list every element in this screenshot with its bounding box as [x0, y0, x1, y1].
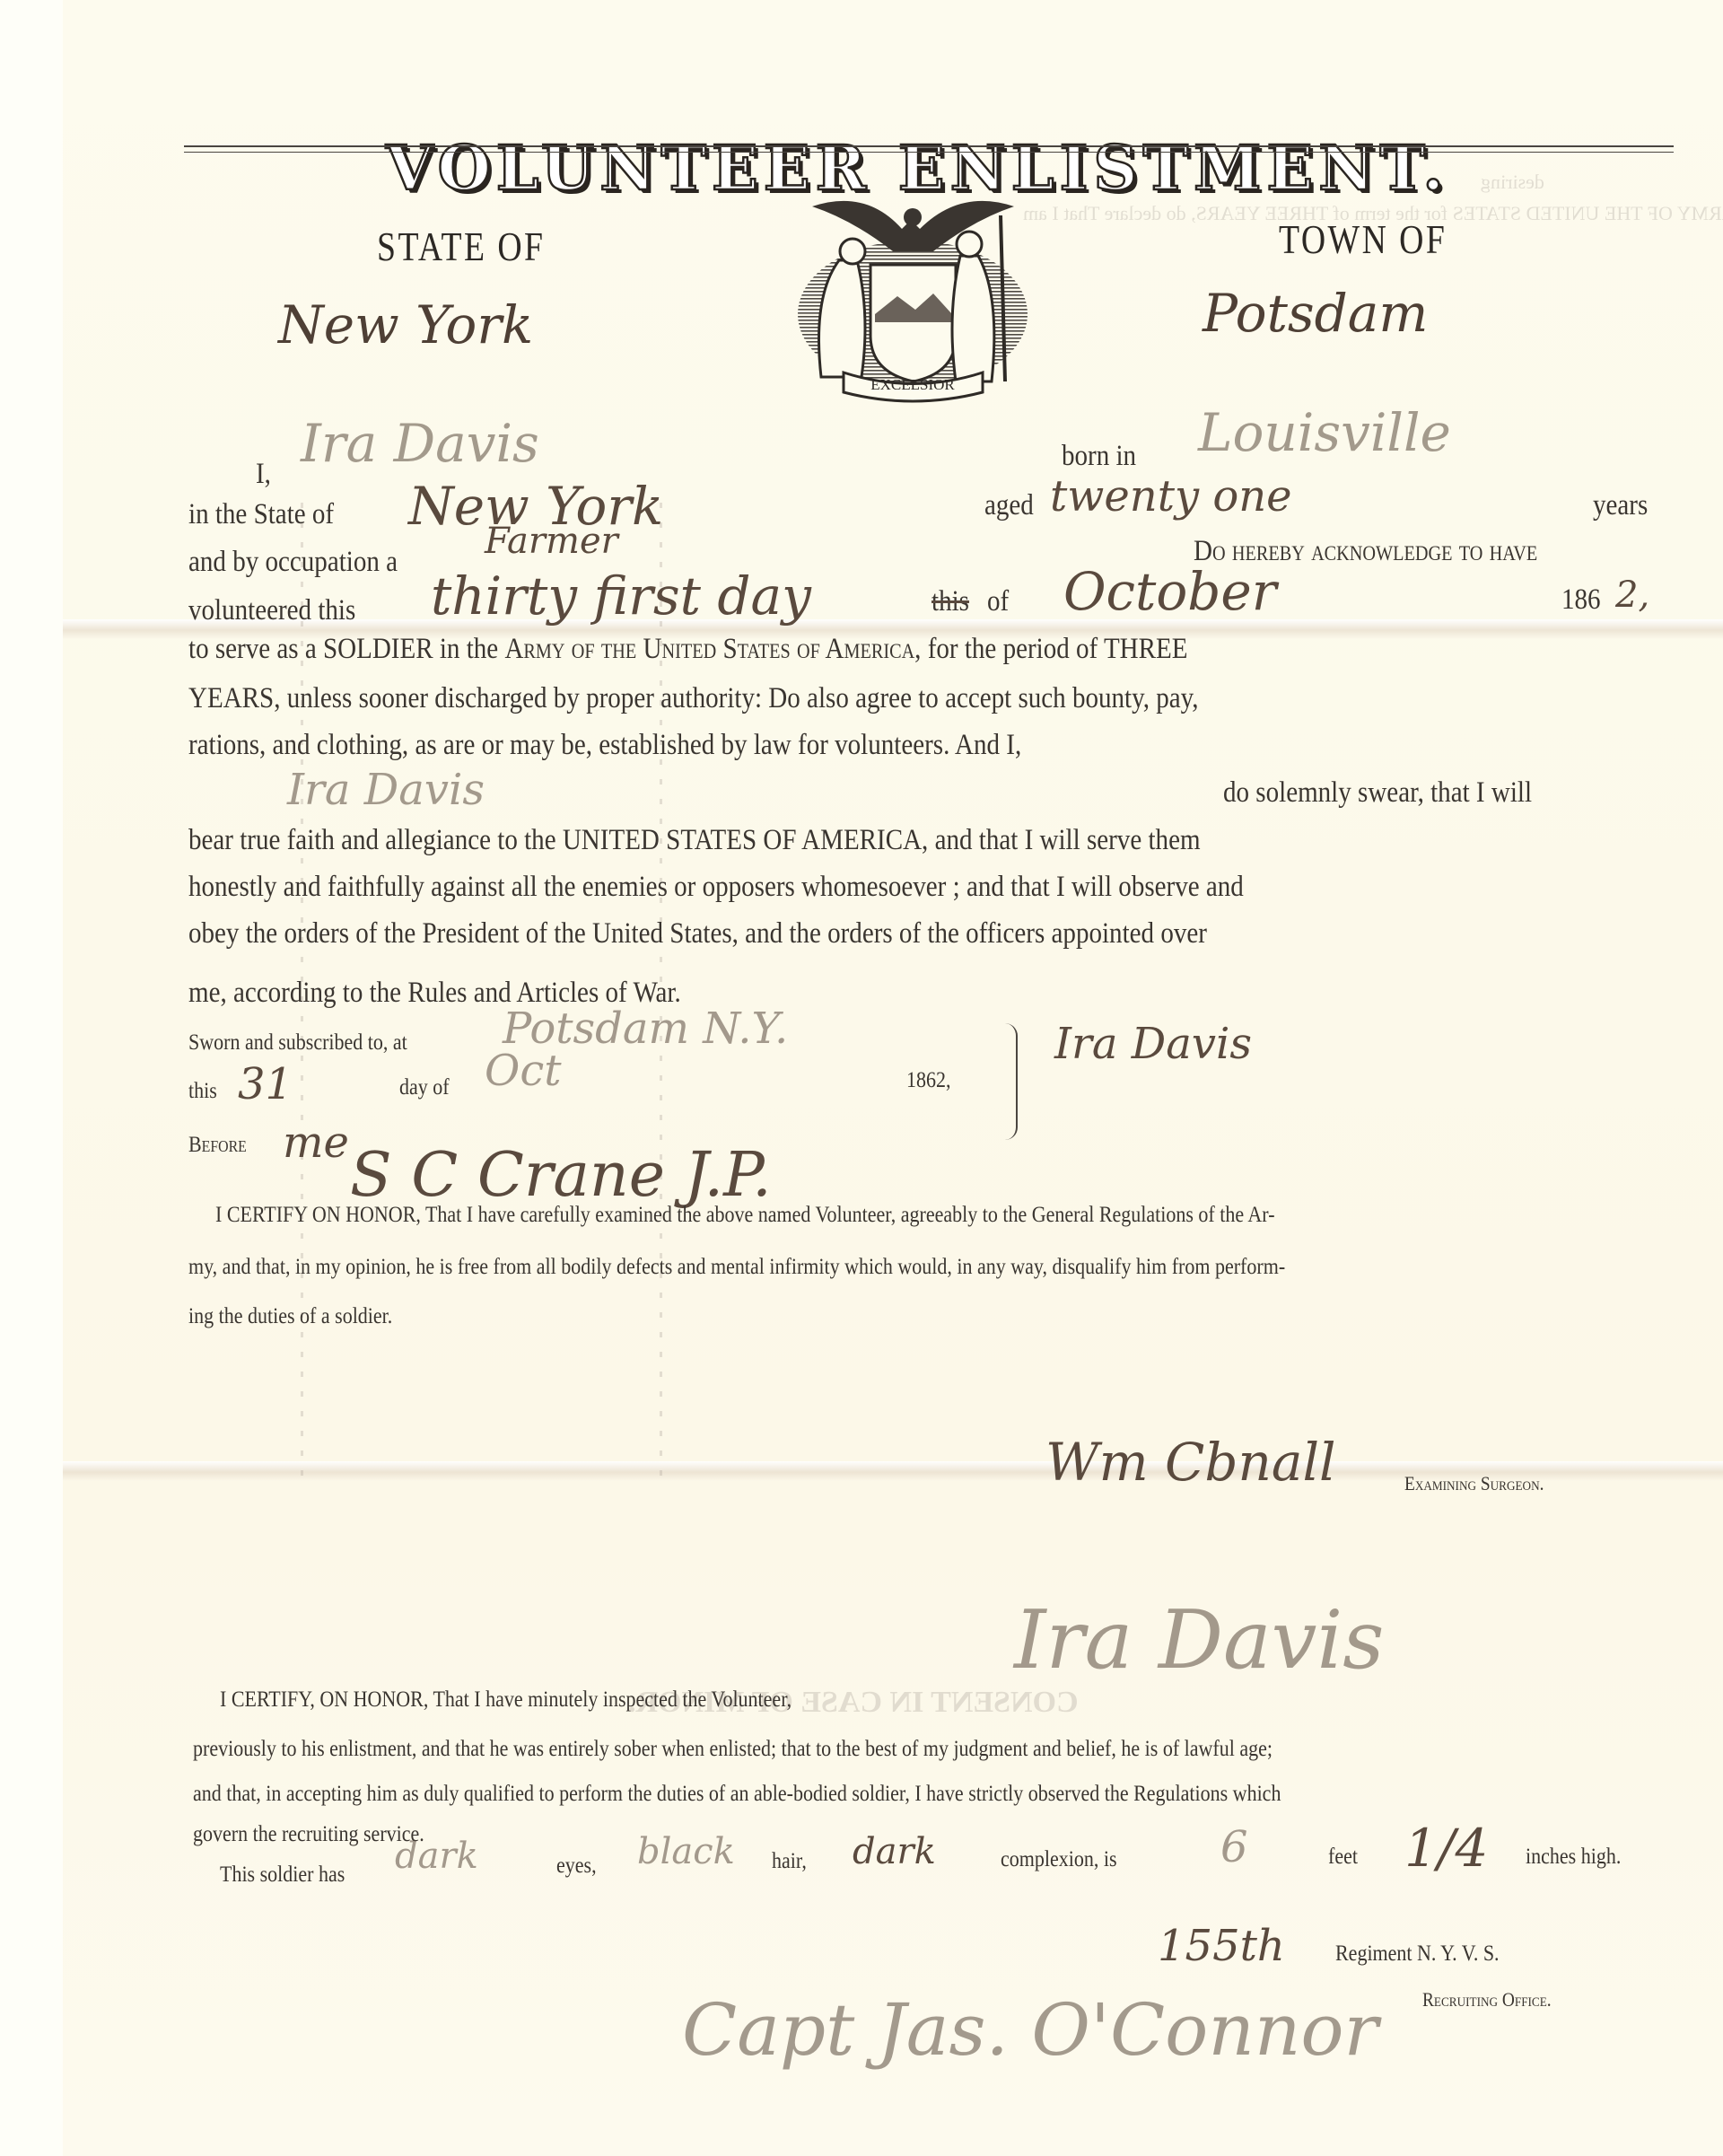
i-label: I,	[256, 458, 271, 491]
year-prefix: 186	[1561, 583, 1601, 617]
born-in-value: Louisville	[1198, 402, 1451, 463]
new-york-state-seal: EXCELSIOR	[776, 180, 1050, 404]
state-value: New York	[278, 294, 533, 355]
swear-line: do solemnly swear, that I will	[1223, 776, 1532, 810]
recruiting-office-label: Recruiting Office.	[1422, 1988, 1552, 2011]
surgeon-cert-line-2: my, and that, in my opinion, he is free …	[188, 1255, 1285, 1280]
recruiting-cert-line-3: and that, in accepting him as duly quali…	[193, 1782, 1281, 1807]
age-value: twenty one	[1050, 471, 1292, 521]
complexion-label: complexion, is	[1001, 1847, 1117, 1872]
regiment-label: Regiment N. Y. V. S.	[1335, 1941, 1500, 1967]
hair-label: hair,	[772, 1849, 807, 1874]
volunteer-name: Ira Davis	[301, 413, 539, 474]
height-inches: 1/4	[1404, 1818, 1488, 1879]
sworn-year: 1862,	[906, 1068, 951, 1093]
eyes-label: eyes,	[556, 1854, 597, 1879]
examining-surgeon-label: Examining Surgeon.	[1404, 1472, 1544, 1495]
regiment-number: 155th	[1158, 1921, 1285, 1971]
title-rule	[184, 145, 1674, 147]
title-rule	[184, 152, 1674, 153]
recruiting-cert-line-1: I CERTIFY, ON HONOR, That I have minutel…	[220, 1687, 792, 1713]
sworn-label: Sworn and subscribed to, at	[188, 1030, 407, 1056]
state-seal-icon: EXCELSIOR	[776, 180, 1050, 404]
town-of-label: TOWN OF	[1279, 215, 1447, 263]
this-label: this	[188, 1079, 217, 1104]
soldier-has-label: This soldier has	[220, 1862, 345, 1888]
struck-this: this	[931, 585, 969, 618]
honestly-line: honestly and faithfully against all the …	[188, 871, 1244, 904]
eye-color: dark	[395, 1836, 478, 1877]
bracket	[998, 1023, 1018, 1140]
allegiance-line: bear true faith and allegiance to the UN…	[188, 824, 1201, 857]
before-label: Before	[188, 1133, 247, 1158]
volunteered-day: thirty first day	[431, 565, 811, 627]
volunteered-label: volunteered this	[188, 594, 355, 627]
bleed-through-word: desiring	[1481, 171, 1544, 194]
height-feet: 6	[1220, 1822, 1248, 1872]
surgeon-cert-line-1: I CERTIFY ON HONOR, That I have carefull…	[215, 1203, 1275, 1228]
day-of-label: day of	[399, 1075, 450, 1100]
years-label: years	[1593, 489, 1648, 522]
recruiting-cert-line-4: govern the recruiting service.	[193, 1822, 424, 1847]
born-in-label: born in	[1062, 440, 1136, 473]
surgeon-signature: Wm Cbnall	[1045, 1432, 1336, 1493]
oath-name: Ira Davis	[287, 765, 485, 815]
sworn-month: Oct	[485, 1046, 562, 1096]
of-label: of	[987, 585, 1009, 618]
inches-label: inches high.	[1526, 1845, 1621, 1870]
state-of-label: STATE OF	[377, 223, 545, 270]
obey-line: obey the orders of the President of the …	[188, 917, 1207, 951]
surgeon-cert-line-3: ing the duties of a soldier.	[188, 1304, 392, 1329]
state-of-birth-label: in the State of	[188, 498, 334, 531]
svg-text:EXCELSIOR: EXCELSIOR	[870, 376, 955, 393]
feet-label: feet	[1328, 1845, 1358, 1870]
justice-signature: S C Crane J.P.	[350, 1140, 772, 1211]
rations-line: rations, and clothing, as are or may be,…	[188, 729, 1021, 762]
hair-color: black	[637, 1831, 735, 1872]
enlistment-month: October	[1063, 561, 1276, 622]
town-value: Potsdam	[1203, 283, 1428, 344]
occupation-label: and by occupation a	[188, 546, 398, 579]
complexion: dark	[853, 1831, 936, 1872]
before-me: me	[283, 1117, 349, 1168]
serve-line: to serve as a SOLDIER in the Army of the…	[188, 633, 1188, 666]
volunteer-signature-large: Ira Davis	[1014, 1593, 1384, 1687]
aged-label: aged	[984, 489, 1034, 522]
occupation-value: Farmer	[485, 521, 618, 562]
volunteer-signature: Ira Davis	[1054, 1019, 1252, 1069]
sworn-day: 31	[238, 1059, 293, 1109]
years-line: YEARS, unless sooner discharged by prope…	[188, 682, 1199, 715]
year-suffix: 2,	[1615, 574, 1649, 616]
recruiting-cert-line-2: previously to his enlistment, and that h…	[193, 1737, 1273, 1762]
officer-signature: Capt Jas. O'Connor	[682, 1988, 1378, 2072]
